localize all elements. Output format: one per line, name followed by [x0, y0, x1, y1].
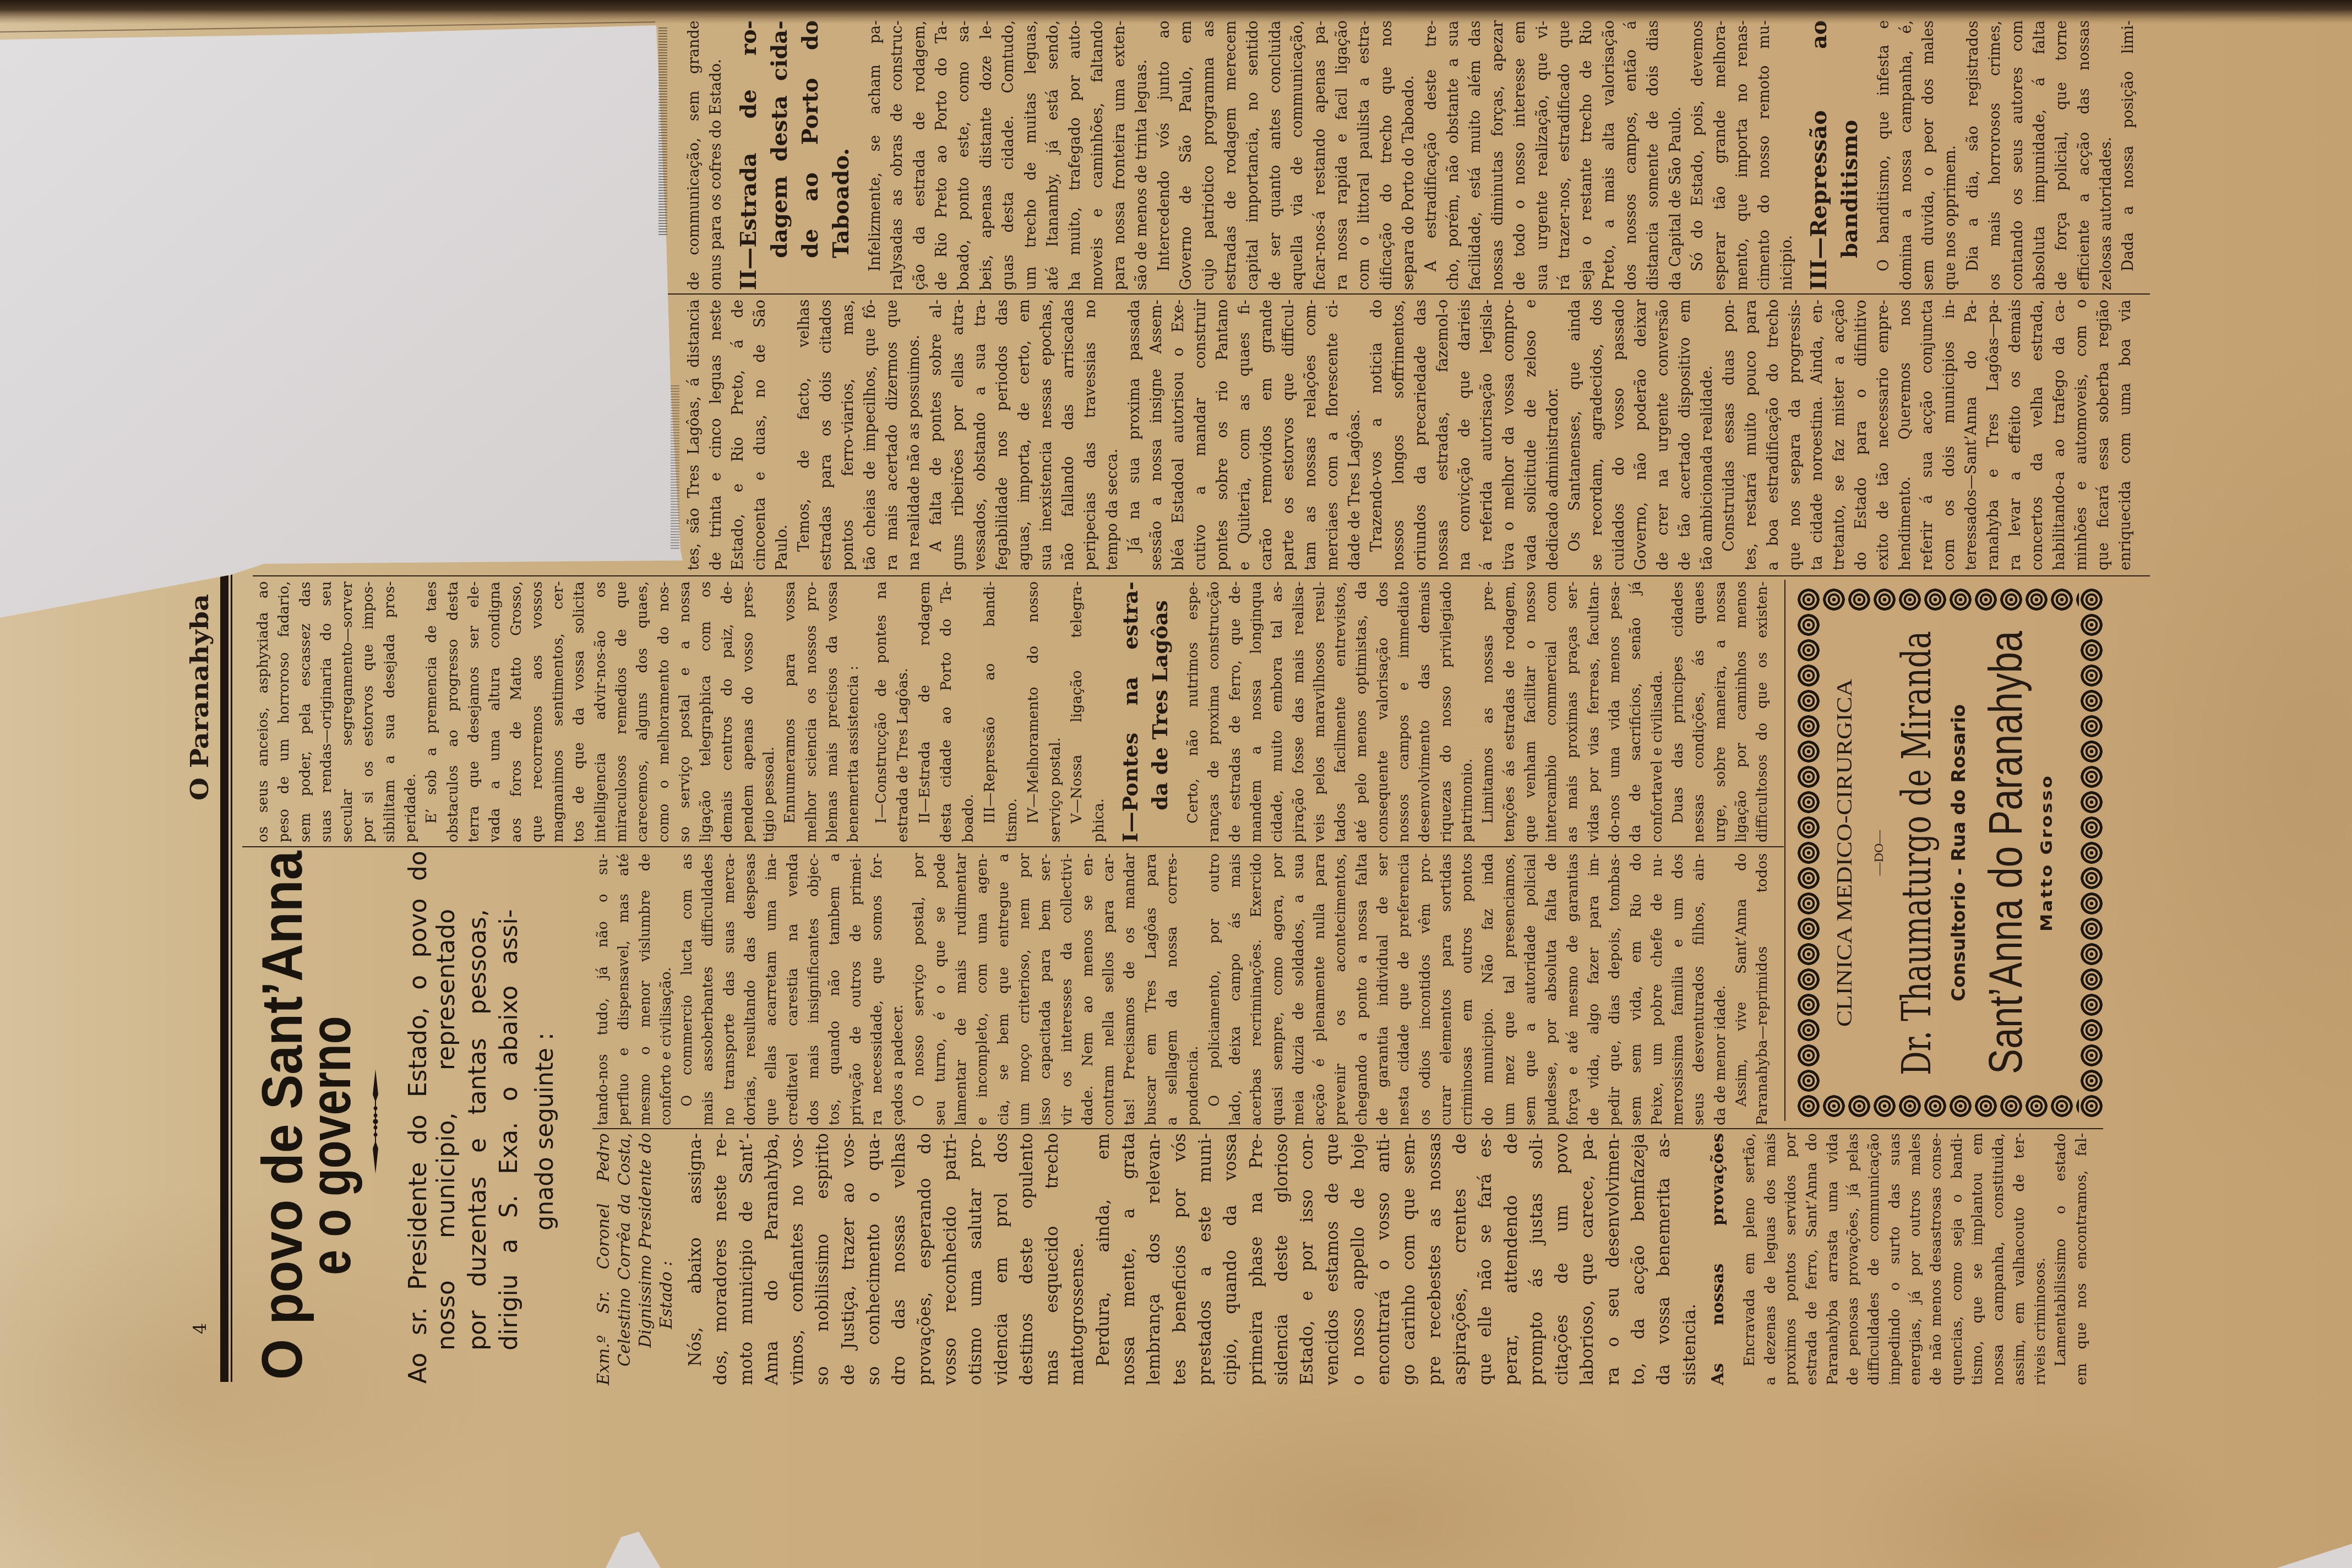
- scan-overlay: [0, 0, 2352, 1568]
- overlapping-paper-sheet: [0, 25, 683, 618]
- corner-background: [2277, 1544, 2352, 1568]
- torn-edge-perforation: [671, 385, 679, 551]
- torn-edge-perforation: [658, 28, 667, 236]
- page-top-edge: [0, 0, 2352, 24]
- corner-background: [606, 1532, 661, 1568]
